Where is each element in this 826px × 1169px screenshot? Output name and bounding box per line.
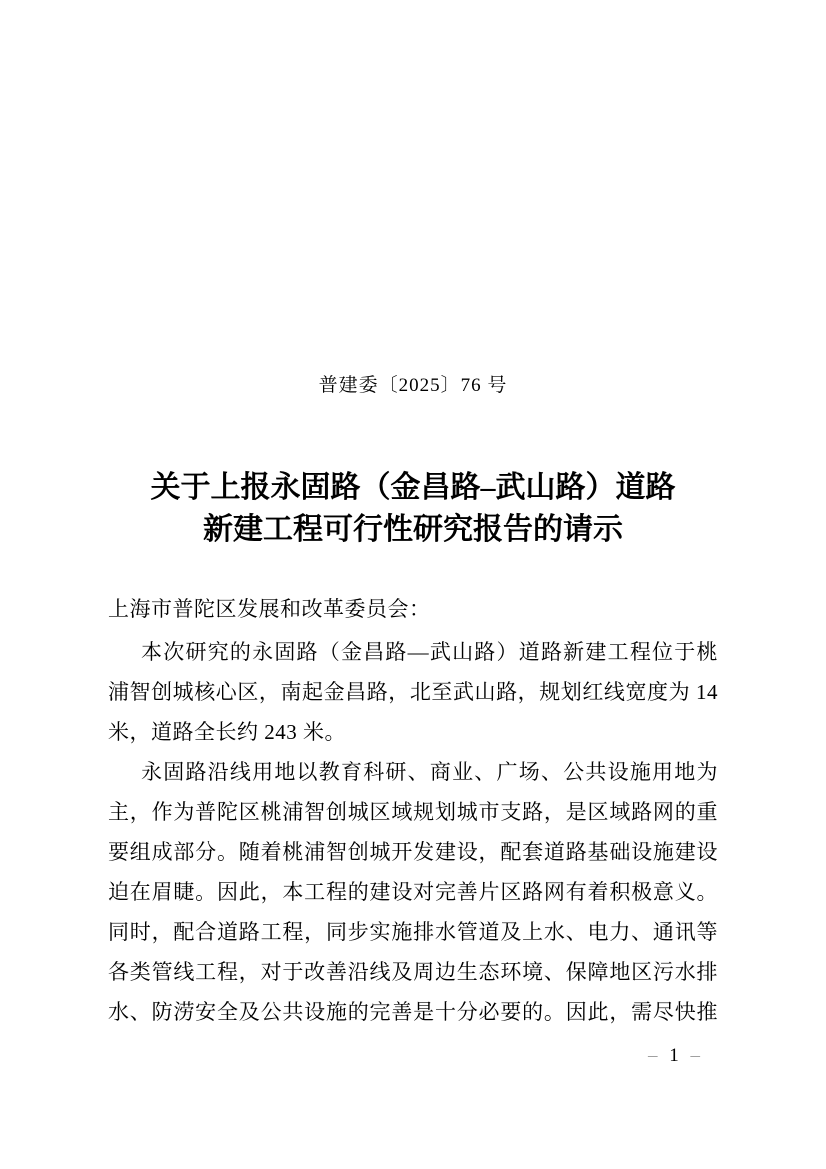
document-title-line-1: 关于上报永固路（金昌路–武山路）道路	[108, 467, 718, 509]
page-number-dash-right: –	[691, 1045, 701, 1066]
addressee-line: 上海市普陀区发展和改革委员会：	[108, 589, 718, 629]
page-number: – 1 –	[648, 1046, 700, 1066]
body-paragraph-1: 本次研究的永固路（金昌路—武山路）道路新建工程位于桃浦智创城核心区，南起金昌路，…	[108, 632, 718, 752]
document-page: 普建委〔2025〕76 号 关于上报永固路（金昌路–武山路）道路 新建工程可行性…	[0, 0, 826, 1169]
document-number: 普建委〔2025〕76 号	[108, 373, 718, 399]
document-title: 关于上报永固路（金昌路–武山路）道路 新建工程可行性研究报告的请示	[108, 467, 718, 551]
page-number-dash-left: –	[648, 1045, 658, 1066]
page-number-value: 1	[669, 1045, 679, 1066]
document-title-line-2: 新建工程可行性研究报告的请示	[108, 509, 718, 551]
body-paragraph-2: 永固路沿线用地以教育科研、商业、广场、公共设施用地为主，作为普陀区桃浦智创城区域…	[108, 752, 718, 1032]
